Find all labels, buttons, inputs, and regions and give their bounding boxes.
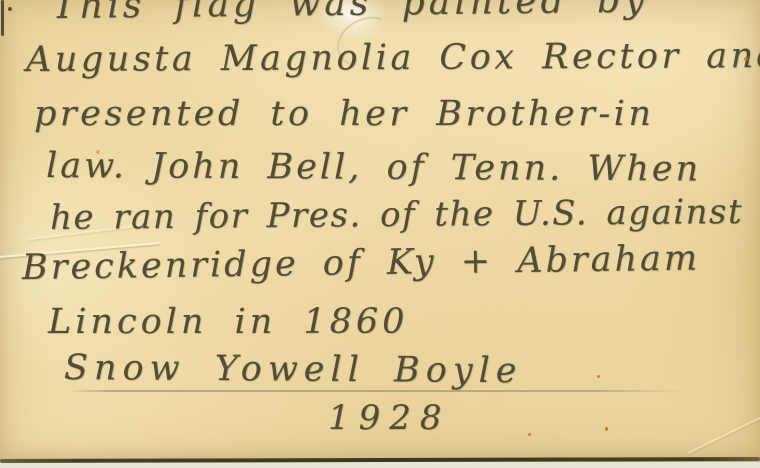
handwritten-line-6: Breckenridge of Ky + Abraham bbox=[22, 239, 701, 288]
aged-postcard: This flag was painted by Augusta Magnoli… bbox=[0, 0, 760, 462]
paper-crease bbox=[688, 410, 760, 454]
handwritten-line-7: Lincoln in 1860 bbox=[48, 302, 408, 342]
edge-smudge bbox=[1, 0, 4, 36]
card-bottom-edge bbox=[0, 457, 760, 463]
ink-fleck bbox=[8, 7, 12, 11]
handwritten-line-3: presented to her Brother-in bbox=[34, 94, 654, 134]
handwritten-line-5: he ran for Pres. of the U.S. against bbox=[50, 192, 743, 238]
signature: Snow Yowell Boyle bbox=[64, 348, 523, 391]
date-year: 1928 bbox=[328, 398, 451, 438]
foxing-spot bbox=[605, 427, 608, 431]
foxing-spot bbox=[96, 150, 100, 154]
signature-rule bbox=[68, 390, 686, 392]
handwritten-line-2: Augusta Magnolia Cox Rector and bbox=[26, 36, 760, 80]
handwritten-line-4: law. John Bell, of Tenn. When bbox=[46, 146, 701, 189]
handwritten-line-1: This flag was painted by bbox=[52, 0, 649, 27]
foxing-spot bbox=[597, 375, 600, 378]
foxing-spot bbox=[744, 57, 748, 61]
foxing-spot bbox=[528, 433, 531, 436]
